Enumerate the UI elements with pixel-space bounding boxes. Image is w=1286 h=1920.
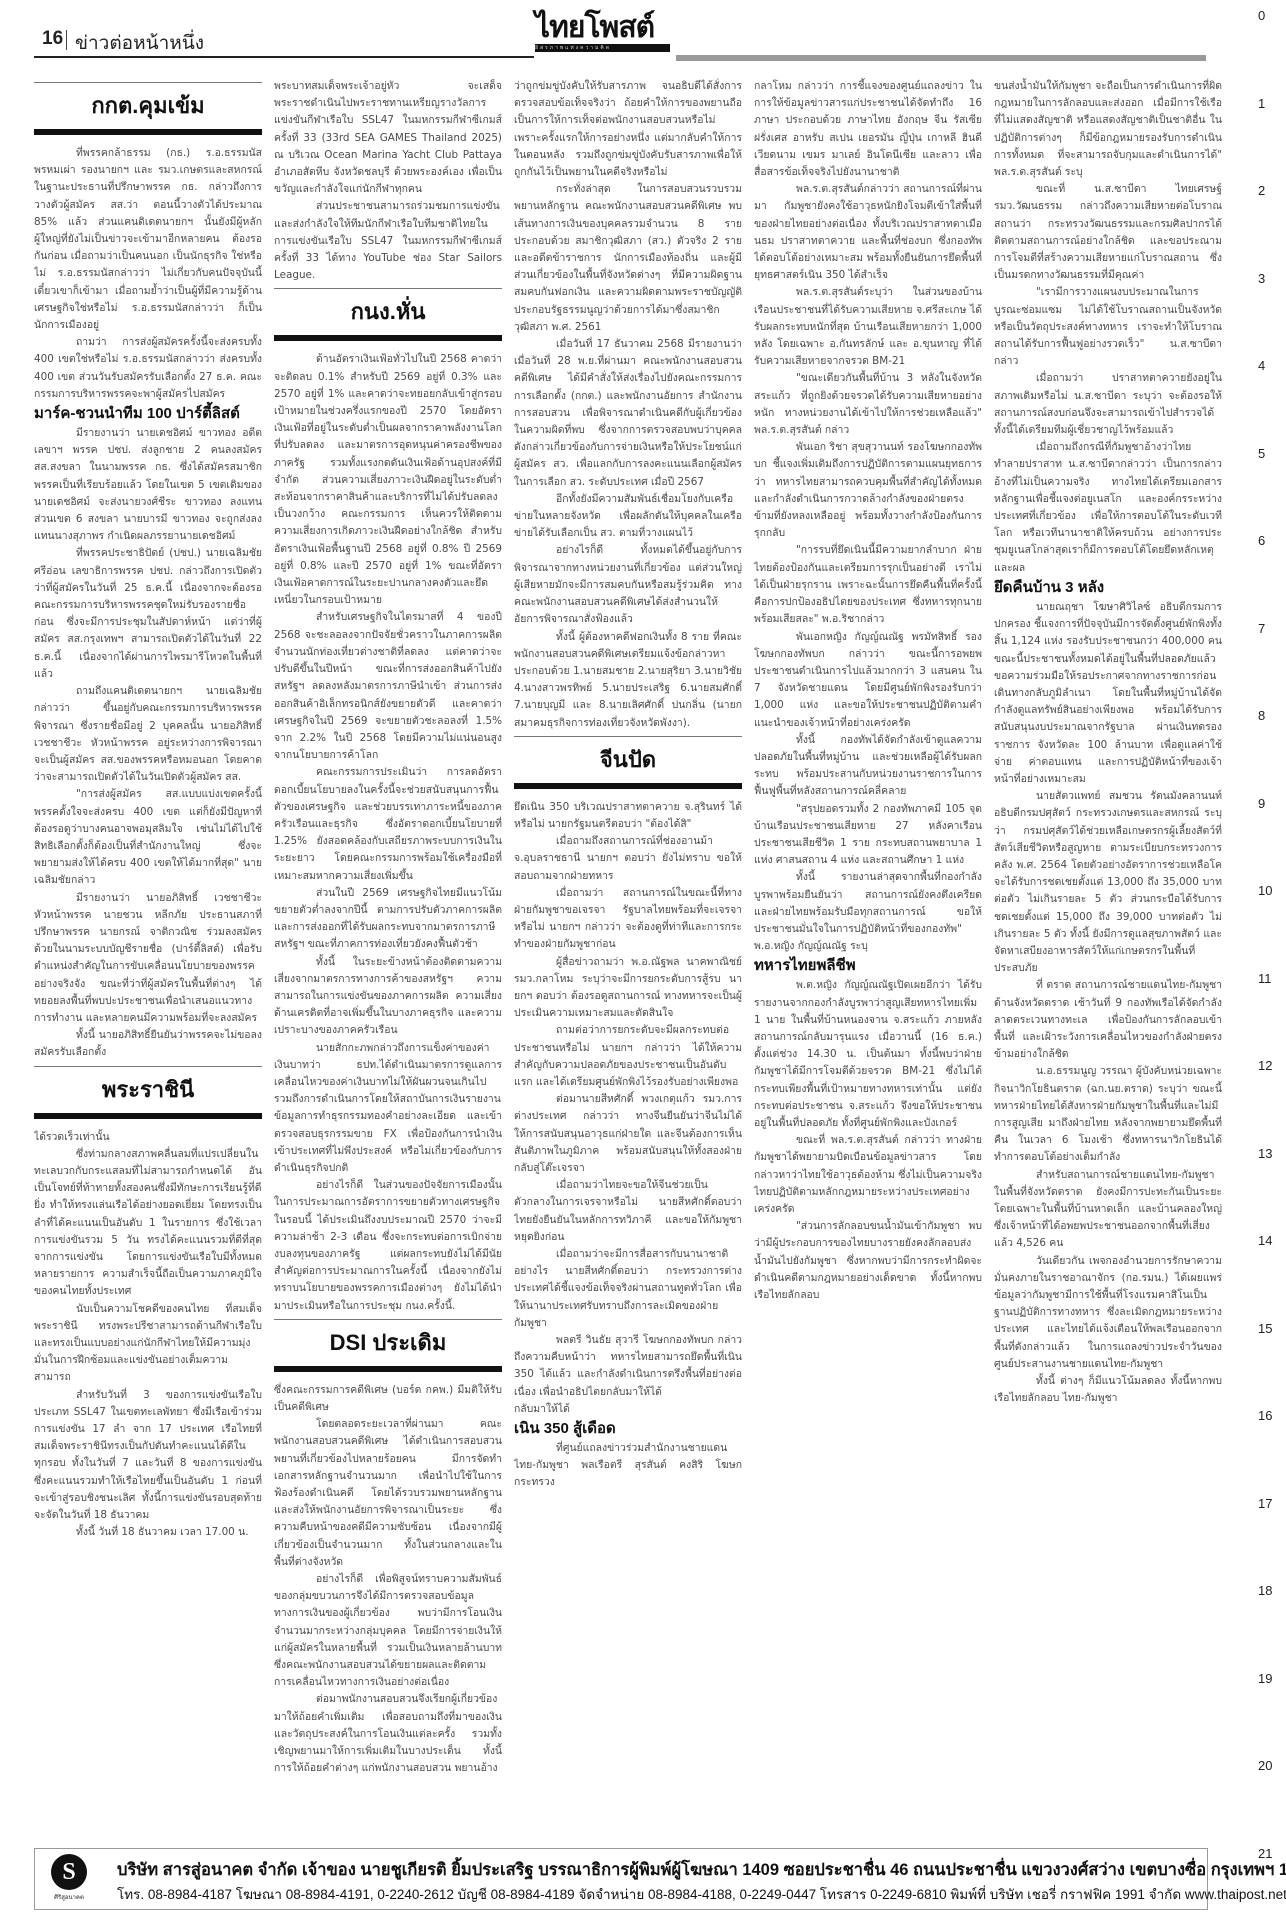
logo-tagline: อิสรภาพแห่งความคิด — [535, 44, 670, 52]
article-paragraph: พลตรี วินธัย สุวารี โฆษกกองทัพบก กล่าวถึ… — [514, 1332, 742, 1401]
article-paragraph: ทั้งนี้ ต่างๆ ก็มีแนวโน้มลดลง ทั้งนี้หาก… — [994, 1373, 1222, 1407]
article-subhead: เนิน 350 สู้เดือด — [514, 1418, 742, 1440]
article-paragraph: ถามถึงแคนดิเดตนายกฯ นายเฉลิมชัยกล่าวว่า … — [34, 683, 262, 786]
article-subhead: ยึดคืนบ้าน 3 หลัง — [994, 577, 1222, 599]
article-paragraph: ขณะที่ น.ส.ซาบีดา ไทยเศรษฐ์ รมว.วัฒนธรรม… — [994, 181, 1222, 284]
article-headline-box: พระราชินี — [34, 1066, 262, 1119]
margin-number: 2 — [1258, 183, 1265, 198]
article-paragraph: เมื่อถามถึงกรณีที่กัมพูชาอ้างว่าไทยทำลาย… — [994, 439, 1222, 577]
article-paragraph: เมื่อถามว่าจะมีการสื่อสารกับนานาชาติอย่า… — [514, 1246, 742, 1332]
margin-number: 9 — [1258, 796, 1265, 811]
publisher-logo: S ศิริสูอนาคต — [45, 1854, 93, 1904]
article-headline: กนง.หั่น — [274, 297, 502, 327]
article-paragraph: ทั้งนี้ วันที่ 18 ธันวาคม เวลา 17.00 น. — [34, 1524, 262, 1541]
article-column-3: ว่าถูกข่มขู่บังคับให้รับสารภาพ จนอธิบดีไ… — [514, 78, 742, 1843]
margin-number: 4 — [1258, 358, 1265, 373]
article-paragraph: กลาโหม กล่าวว่า การชี้แจงของศูนย์แถลงข่า… — [754, 78, 982, 181]
article-paragraph: เมื่อถามว่าไทยจะขอให้จีนช่วยเป็นตัวกลางใ… — [514, 1177, 742, 1246]
article-headline-box: กนง.หั่น — [274, 288, 502, 341]
article-paragraph: ส่วนประชาชนสามารถร่วมชมการแข่งขันและส่งก… — [274, 198, 502, 284]
article-headline: กกต.คุมเข้ม — [34, 91, 262, 121]
article-paragraph: สำหรับสถานการณ์ชายแดนไทย-กัมพูชา ในพื้นท… — [994, 1167, 1222, 1253]
article-column-5: ขนส่งน้ำมันให้กัมพูชา จะถือเป็นการดำเนิน… — [994, 78, 1222, 1843]
article-paragraph: พระบาทสมเด็จพระเจ้าอยู่หัว จะเสด็จพระราช… — [274, 78, 502, 198]
margin-number: 12 — [1258, 1058, 1272, 1073]
headline-rule-top — [274, 288, 502, 289]
article-paragraph: ด้านอัตราเงินเฟ้อทั่วไปในปี 2568 คาดว่าจ… — [274, 351, 502, 609]
article-paragraph: พันเอก ริชา สุขสุวานนท์ รองโฆษกกองทัพบก … — [754, 439, 982, 542]
article-paragraph: ทั้งนี้ รายงานล่าสุดจากพื้นที่กองกำลังบู… — [754, 869, 982, 955]
article-paragraph: เมื่อถามว่า สถานการณ์ในขณะนี้ที่ทางฝ่ายก… — [514, 885, 742, 954]
page-number: 16 — [42, 28, 63, 50]
article-paragraph: ขณะที่ พล.ร.ต.สุรสันต์ กล่าวว่า ทางฝ่ายก… — [754, 1132, 982, 1218]
page-number-divider — [66, 30, 67, 50]
article-paragraph: ที่ศูนย์แถลงข่าวร่วมสำนักงานชายแดนไทย-กั… — [514, 1440, 742, 1492]
article-paragraph: ต่อมาพนักงานสอบสวนจึงเรียกผู้เกี่ยวข้องม… — [274, 1691, 502, 1777]
article-paragraph: "การส่งผู้สมัคร สส.แบบแบ่งเขตครั้งนี้ พร… — [34, 786, 262, 889]
article-headline: พระราชินี — [34, 1075, 262, 1105]
article-paragraph: วันเดียวกัน เพจกองอำนวยการรักษาความมั่นค… — [994, 1253, 1222, 1373]
publisher-logo-caption: ศิริสูอนาคต — [45, 1892, 93, 1902]
headline-rule-bottom — [274, 335, 502, 341]
article-subhead: มาร์ค-ชวนนำทีม 100 ปาร์ตี้ลิสต์ — [34, 403, 262, 425]
article-column-2: พระบาทสมเด็จพระเจ้าอยู่หัว จะเสด็จพระราช… — [274, 78, 502, 1843]
article-paragraph: ได้รวดเร็วเท่านั้น — [34, 1129, 262, 1146]
headline-rule-bottom — [514, 783, 742, 789]
article-headline: DSI ประเดิม — [274, 1328, 502, 1358]
article-paragraph: ถามว่า การส่งผู้สมัครครั้งนี้จะส่งครบทั้… — [34, 334, 262, 403]
article-paragraph: ต่อมานายสีหศักดิ์ พวงเกตุแก้ว รมว.การต่า… — [514, 1091, 742, 1177]
article-paragraph: ที่พรรคประชาธิปัตย์ (ปชป.) นายเฉลิมชัย ศ… — [34, 545, 262, 683]
margin-number: 0 — [1258, 8, 1265, 23]
article-paragraph: พันเอกหญิง กัญญ์ณณัฐ พรมัทสิทธิ์ รองโฆษก… — [754, 629, 982, 732]
margin-number: 8 — [1258, 708, 1265, 723]
article-paragraph: เมื่อถามถึงสถานการณ์ที่ช่องอานม้า จ.อุบล… — [514, 833, 742, 885]
article-headline-box: จีนปัด — [514, 736, 742, 789]
margin-number: 18 — [1258, 1583, 1272, 1598]
article-paragraph: "เรามีการวางแผนงบประมาณในการบูรณะซ่อมแซม… — [994, 284, 1222, 370]
article-paragraph: อย่างไรก็ดี ทั้งหมดได้ขึ้นอยู่กับการพิจา… — [514, 542, 742, 628]
article-paragraph: ทั้งนี้ กองทัพได้จัดกำลังเข้าดูแลความปลอ… — [754, 732, 982, 801]
headline-rule-bottom — [34, 129, 262, 135]
masthead: 16 ข่าวต่อหน้าหนึ่ง ไทยโพสต์ อิสรภาพแห่ง… — [0, 0, 1286, 70]
article-column-4: กลาโหม กล่าวว่า การชี้แจงของศูนย์แถลงข่า… — [754, 78, 982, 1843]
article-paragraph: ทั้งนี้ ผู้ต้องหาคดีฟอกเงินทั้ง 8 ราย ที… — [514, 629, 742, 732]
article-paragraph: ยึดเนิน 350 บริเวณปราสาทตาควาย จ.สุรินทร… — [514, 799, 742, 833]
article-paragraph: มีรายงานว่า นายอภิสิทธิ์ เวชชาชีวะ หัวหน… — [34, 890, 262, 1028]
article-paragraph: นายสัตวแพทย์ สมชวน รัตนมังคลานนท์ อธิบดี… — [994, 788, 1222, 977]
margin-number: 6 — [1258, 533, 1265, 548]
margin-number: 7 — [1258, 621, 1265, 636]
article-paragraph: กระทั่งล่าสุด ในการสอบสวนรวบรวมพยานหลักฐ… — [514, 181, 742, 336]
headline-rule-bottom — [274, 1366, 502, 1372]
article-paragraph: "ส่วนการลักลอบขนน้ำมันเข้ากัมพูชา พบว่าม… — [754, 1218, 982, 1304]
article-paragraph: อีกทั้งยังมีความสัมพันธ์เชื่อมโยงกับเครื… — [514, 491, 742, 543]
article-subhead: ทหารไทยพลีชีพ — [754, 955, 982, 977]
article-paragraph: พล.ร.ต.สุรสันต์กล่าวว่า สถานการณ์ที่ผ่าน… — [754, 181, 982, 284]
article-paragraph: ที่พรรคกล้าธรรม (กธ.) ร.อ.ธรรมนัส พรหมเผ… — [34, 145, 262, 334]
article-paragraph: ว่าถูกข่มขู่บังคับให้รับสารภาพ จนอธิบดีไ… — [514, 78, 742, 181]
article-paragraph: พ.ต.หญิง กัญญ์ณณัฐเปิดเผยอีกว่า ได้รับรา… — [754, 977, 982, 1132]
article-paragraph: กลับมาให้ได้ — [514, 1401, 742, 1418]
headline-rule-bottom — [34, 1113, 262, 1119]
article-paragraph: โดยตลอดระยะเวลาที่ผ่านมา คณะพนักงานสอบสว… — [274, 1416, 502, 1571]
article-paragraph: เมื่อวันที่ 17 ธันวาคม 2568 มีรายงานว่า … — [514, 336, 742, 491]
section-title: ข่าวต่อหน้าหนึ่ง — [75, 28, 204, 58]
headline-rule-top — [34, 1066, 262, 1067]
newspaper-logo: ไทยโพสต์ อิสรภาพแห่งความคิด — [535, 12, 670, 56]
article-paragraph: นายณฤชา โฆษาศิวิไลซ์ อธิบดีกรมการปกครอง … — [994, 599, 1222, 788]
publisher-logo-icon: S — [51, 1854, 87, 1890]
margin-number: 16 — [1258, 1408, 1272, 1423]
publisher-contact: โทร. 08-8984-4187 โฆษณา 08-8984-4191, 0-… — [117, 1883, 1286, 1905]
article-paragraph: ผู้สื่อข่าวถามว่า พ.อ.ณัฐพล นาคพาณิชย์ ร… — [514, 954, 742, 1023]
margin-number: 19 — [1258, 1671, 1272, 1686]
logo-wordmark: ไทยโพสต์ — [535, 12, 670, 44]
article-paragraph: นับเป็นความโชคดีของคนไทย ที่สมเด็จพระราช… — [34, 1301, 262, 1387]
margin-line-numbers: 0123456789101112131415161718192021 — [1258, 0, 1286, 1920]
article-paragraph: สำหรับวันที่ 3 ของการแข่งขันเรือใบประเภท… — [34, 1387, 262, 1525]
article-paragraph: ซึ่งคณะกรรมการคดีพิเศษ (บอร์ด กคพ.) มีมต… — [274, 1382, 502, 1416]
header-rule-right — [676, 55, 1206, 61]
article-paragraph: ทั้งนี้ ในระยะข้างหน้าต้องติดตามความเสี่… — [274, 954, 502, 1040]
article-headline-box: กกต.คุมเข้ม — [34, 82, 262, 135]
margin-number: 3 — [1258, 271, 1265, 286]
article-paragraph: ส่วนในปี 2569 เศรษฐกิจไทยมีแนวโน้มขยายตั… — [274, 885, 502, 954]
article-paragraph: ถามต่อว่าการยกระดับจะมีผลกระทบต่อประชาชน… — [514, 1022, 742, 1091]
article-paragraph: อย่างไรก็ดี ในส่วนของปัจจัยการเมืองนั้น … — [274, 1177, 502, 1315]
margin-number: 20 — [1258, 1758, 1272, 1773]
article-paragraph: เมื่อถามว่า ปราสาทตาควายยังอยู่ในสภาพเดิ… — [994, 370, 1222, 439]
article-paragraph: ที่ ตราด สถานการณ์ชายแดนไทย-กัมพูชา ด้าน… — [994, 977, 1222, 1063]
headline-rule-top — [34, 82, 262, 83]
margin-number: 5 — [1258, 446, 1265, 461]
margin-number: 17 — [1258, 1496, 1272, 1511]
margin-number: 14 — [1258, 1233, 1272, 1248]
margin-number: 15 — [1258, 1321, 1272, 1336]
article-paragraph: สำหรับเศรษฐกิจในไตรมาสที่ 4 ของปี 2568 จ… — [274, 609, 502, 764]
headline-rule-top — [514, 736, 742, 737]
article-paragraph: มีรายงานว่า นายเดชอิศม์ ขาวทอง อดีตเลขาฯ… — [34, 425, 262, 545]
article-paragraph: "สรุปยอดรวมทั้ง 2 กองทัพภาคมี 105 จุด บ้… — [754, 801, 982, 870]
article-headline: จีนปัด — [514, 745, 742, 775]
article-paragraph: คณะกรรมการประเมินว่า การลดอัตราดอกเบี้ยน… — [274, 764, 502, 884]
publisher-info: บริษัท สารสู่อนาคต จำกัด เจ้าของ นายชูเก… — [117, 1857, 1286, 1883]
article-paragraph: อย่างไรก็ดี เพื่อพิสูจน์ทราบความสัมพันธ์… — [274, 1571, 502, 1691]
article-paragraph: "การรบที่ยึดเนินนี้มีความยากลำบาก ฝ่ายไท… — [754, 542, 982, 628]
margin-number: 10 — [1258, 883, 1272, 898]
article-headline-box: DSI ประเดิม — [274, 1319, 502, 1372]
article-paragraph: น.อ.ธรรมนูญ วรรณา ผู้บังคับหน่วยเฉพาะกิจ… — [994, 1063, 1222, 1166]
headline-rule-top — [274, 1319, 502, 1320]
article-paragraph: ขนส่งน้ำมันให้กัมพูชา จะถือเป็นการดำเนิน… — [994, 78, 1222, 181]
publisher-footer: S ศิริสูอนาคต บริษัท สารสู่อนาคต จำกัด เ… — [34, 1848, 1208, 1910]
article-paragraph: นายสักกะภพกล่าวถึงการแข็งค่าของค่าเงินบา… — [274, 1040, 502, 1178]
header-rule-left — [34, 56, 534, 58]
article-paragraph: พล.ร.ต.สุรสันต์ระบุว่า ในส่วนของบ้านเรือ… — [754, 284, 982, 370]
article-paragraph: ซึ่งท่ามกลางสภาพคลื่นลมที่แปรเปลี่ยนในทะ… — [34, 1146, 262, 1301]
article-paragraph: ทั้งนี้ นายอภิสิทธิ์ยืนยันว่าพรรคจะไม่ขอ… — [34, 1027, 262, 1061]
article-paragraph: "ขณะเดียวกันพื้นที่บ้าน 3 หลังในจังหวัดส… — [754, 370, 982, 439]
margin-number: 11 — [1258, 971, 1272, 986]
article-column-1: กกต.คุมเข้มที่พรรคกล้าธรรม (กธ.) ร.อ.ธรร… — [34, 78, 262, 1843]
margin-number: 13 — [1258, 1146, 1272, 1161]
margin-number: 1 — [1258, 96, 1265, 111]
